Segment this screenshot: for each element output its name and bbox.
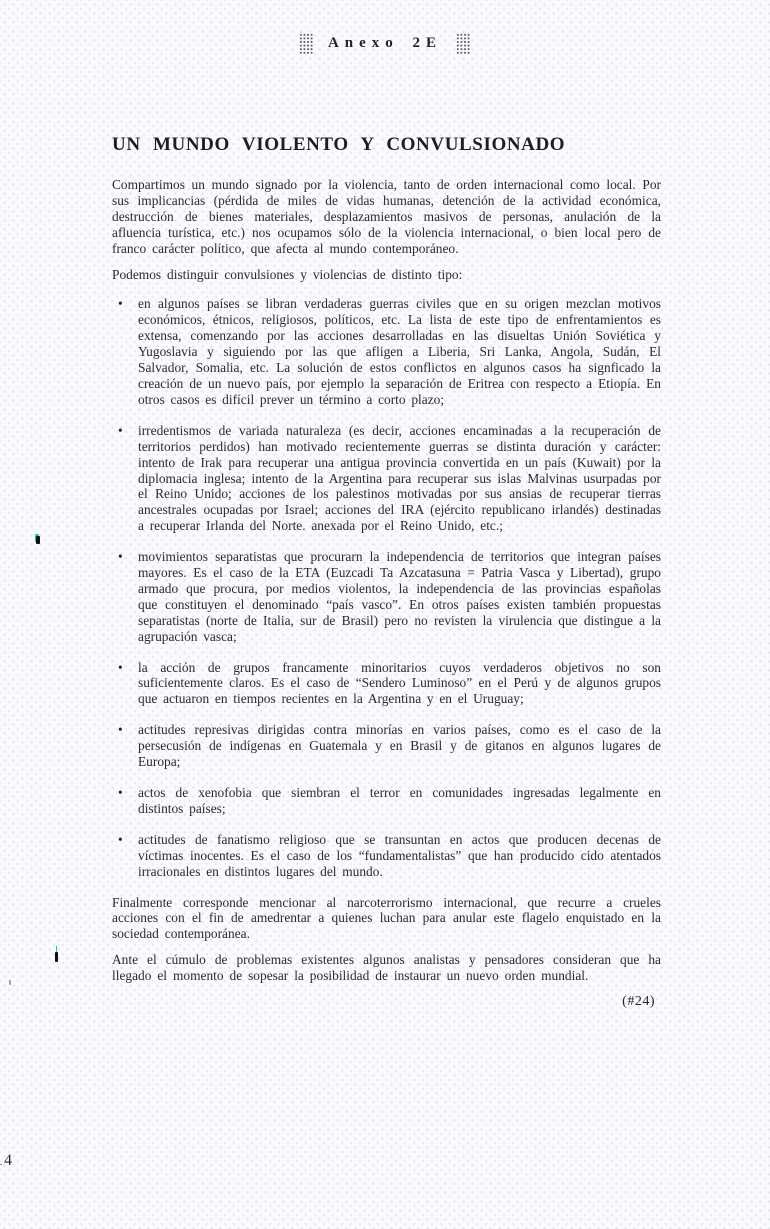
list-item: • actos de xenofobia que siembran el ter…: [112, 785, 661, 817]
bullet-icon: •: [112, 832, 138, 880]
bullet-icon: •: [112, 660, 138, 708]
closing-paragraph: Finalmente corresponde mencionar al narc…: [112, 895, 661, 943]
bullet-icon: •: [112, 785, 138, 817]
page-header: Anexo 2E: [0, 33, 770, 54]
list-item: • irredentismos de variada naturaleza (e…: [112, 423, 661, 534]
bullet-text: la acción de grupos francamente minorita…: [138, 660, 661, 708]
bullet-text: actos de xenofobia que siembran el terro…: [138, 785, 661, 817]
scan-speck: [9, 980, 11, 985]
intro-paragraph: Podemos distinguir convulsiones y violen…: [112, 267, 661, 283]
page-title: UN MUNDO VIOLENTO Y CONVULSIONADO: [112, 134, 661, 156]
bullet-icon: •: [112, 423, 138, 534]
closing-paragraph: Ante el cúmulo de problemas existentes a…: [112, 952, 661, 984]
bullet-list: • en algunos países se libran verdaderas…: [112, 296, 661, 879]
bullet-icon: •: [112, 549, 138, 644]
annex-label: Anexo 2E: [328, 35, 442, 52]
intro-paragraph: Compartimos un mundo signado por la viol…: [112, 177, 661, 257]
scan-speck: [36, 536, 40, 544]
bullet-text: irredentismos de variada naturaleza (es …: [138, 423, 661, 534]
page-number: 14: [0, 1152, 13, 1170]
halftone-block-icon: [456, 33, 471, 54]
bullet-icon: •: [112, 722, 138, 770]
bullet-text: actitudes de fanatismo religioso que se …: [138, 832, 661, 880]
bullet-text: movimientos separatistas que procurarn l…: [138, 549, 661, 644]
list-item: • actitudes de fanatismo religioso que s…: [112, 832, 661, 880]
list-item: • movimientos separatistas que procurarn…: [112, 549, 661, 644]
halftone-block-icon: [299, 33, 314, 54]
document-body: UN MUNDO VIOLENTO Y CONVULSIONADO Compar…: [112, 134, 661, 1010]
list-item: • la acción de grupos francamente minori…: [112, 660, 661, 708]
bullet-text: actitudes represivas dirigidas contra mi…: [138, 722, 661, 770]
list-item: • en algunos países se libran verdaderas…: [112, 296, 661, 407]
reference-label: (#24): [112, 994, 661, 1010]
bullet-icon: •: [112, 296, 138, 407]
bullet-text: en algunos países se libran verdaderas g…: [138, 296, 661, 407]
scanned-page: Anexo 2E UN MUNDO VIOLENTO Y CONVULSIONA…: [0, 0, 770, 1229]
scan-speck: [55, 952, 58, 962]
list-item: • actitudes represivas dirigidas contra …: [112, 722, 661, 770]
